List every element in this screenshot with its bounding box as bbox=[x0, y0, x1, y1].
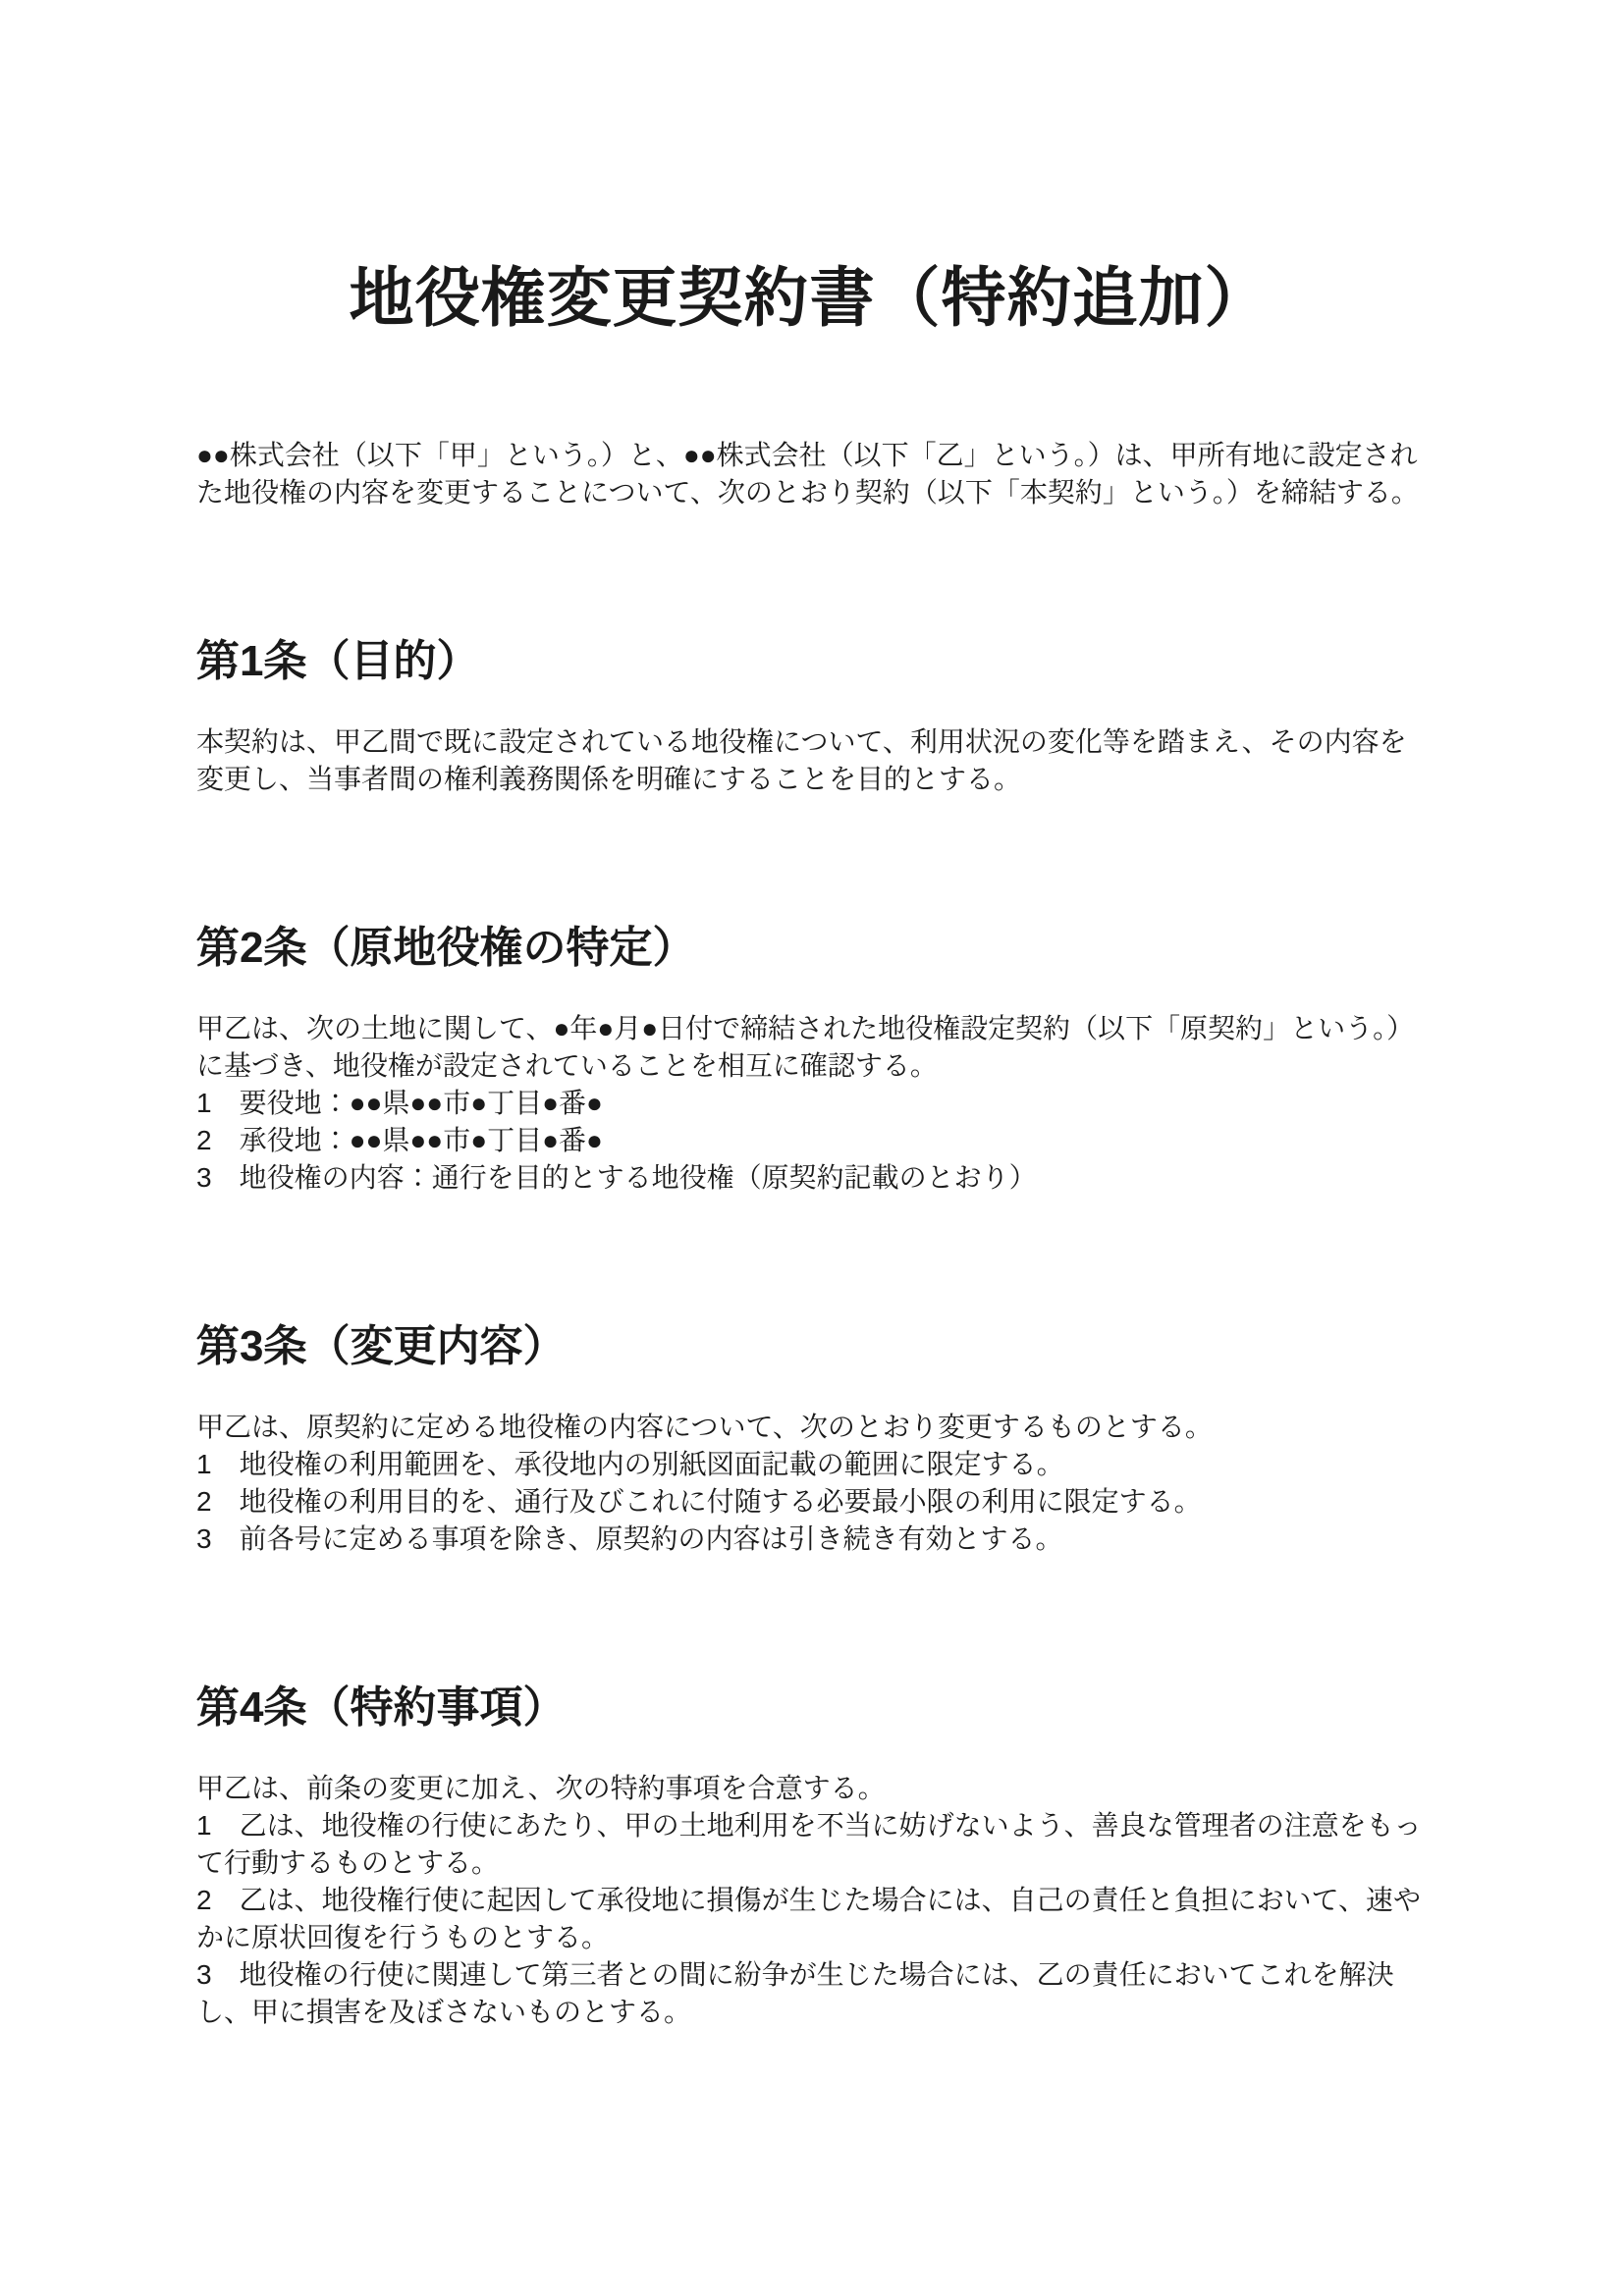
article-clause-item: 2 地役権の利用目的を、通行及びこれに付随する必要最小限の利用に限定する。 bbox=[196, 1483, 1423, 1521]
article-clause-item: 1 地役権の利用範囲を、承役地内の別紙図面記載の範囲に限定する。 bbox=[196, 1446, 1423, 1483]
article-lead-paragraph: 甲乙は、前条の変更に加え、次の特約事項を合意する。 bbox=[196, 1770, 1423, 1807]
article-section: 第1条（目的） 本契約は、甲乙間で既に設定されている地役権について、利用状況の変… bbox=[196, 635, 1423, 798]
intro-paragraph: ●●株式会社（以下「甲」という。）と、●●株式会社（以下「乙」という。）は、甲所… bbox=[196, 437, 1423, 511]
articles-container: 第1条（目的） 本契約は、甲乙間で既に設定されている地役権について、利用状況の変… bbox=[196, 635, 1423, 2031]
article-clause-item: 3 地役権の内容：通行を目的とする地役権（原契約記載のとおり） bbox=[196, 1159, 1423, 1197]
article-section: 第3条（変更内容） 甲乙は、原契約に定める地役権の内容について、次のとおり変更す… bbox=[196, 1320, 1423, 1558]
article-heading: 第2条（原地役権の特定） bbox=[196, 922, 1423, 975]
article-lead-paragraph: 本契約は、甲乙間で既に設定されている地役権について、利用状況の変化等を踏まえ、そ… bbox=[196, 723, 1423, 798]
article-section: 第4条（特約事項） 甲乙は、前条の変更に加え、次の特約事項を合意する。 1 乙は… bbox=[196, 1682, 1423, 2031]
article-heading: 第1条（目的） bbox=[196, 635, 1423, 688]
contract-document-page: 地役権変更契約書（特約追加） ●●株式会社（以下「甲」という。）と、●●株式会社… bbox=[0, 0, 1624, 2296]
article-clause-item: 2 承役地：●●県●●市●丁目●番● bbox=[196, 1122, 1423, 1159]
article-clause-item: 1 乙は、地役権の行使にあたり、甲の土地利用を不当に妨げないよう、善良な管理者の… bbox=[196, 1807, 1423, 1882]
article-lead-paragraph: 甲乙は、原契約に定める地役権の内容について、次のとおり変更するものとする。 bbox=[196, 1409, 1423, 1446]
article-lead-paragraph: 甲乙は、次の土地に関して、●年●月●日付で締結された地役権設定契約（以下「原契約… bbox=[196, 1010, 1423, 1085]
article-heading: 第3条（変更内容） bbox=[196, 1320, 1423, 1373]
article-clause-item: 3 前各号に定める事項を除き、原契約の内容は引き続き有効とする。 bbox=[196, 1521, 1423, 1558]
article-clause-item: 2 乙は、地役権行使に起因して承役地に損傷が生じた場合には、自己の責任と負担にお… bbox=[196, 1882, 1423, 1956]
article-heading: 第4条（特約事項） bbox=[196, 1682, 1423, 1735]
article-clause-item: 1 要役地：●●県●●市●丁目●番● bbox=[196, 1085, 1423, 1122]
article-section: 第2条（原地役権の特定） 甲乙は、次の土地に関して、●年●月●日付で締結された地… bbox=[196, 922, 1423, 1197]
document-title: 地役権変更契約書（特約追加） bbox=[196, 260, 1423, 335]
article-clause-item: 3 地役権の行使に関連して第三者との間に紛争が生じた場合には、乙の責任においてこ… bbox=[196, 1956, 1423, 2031]
